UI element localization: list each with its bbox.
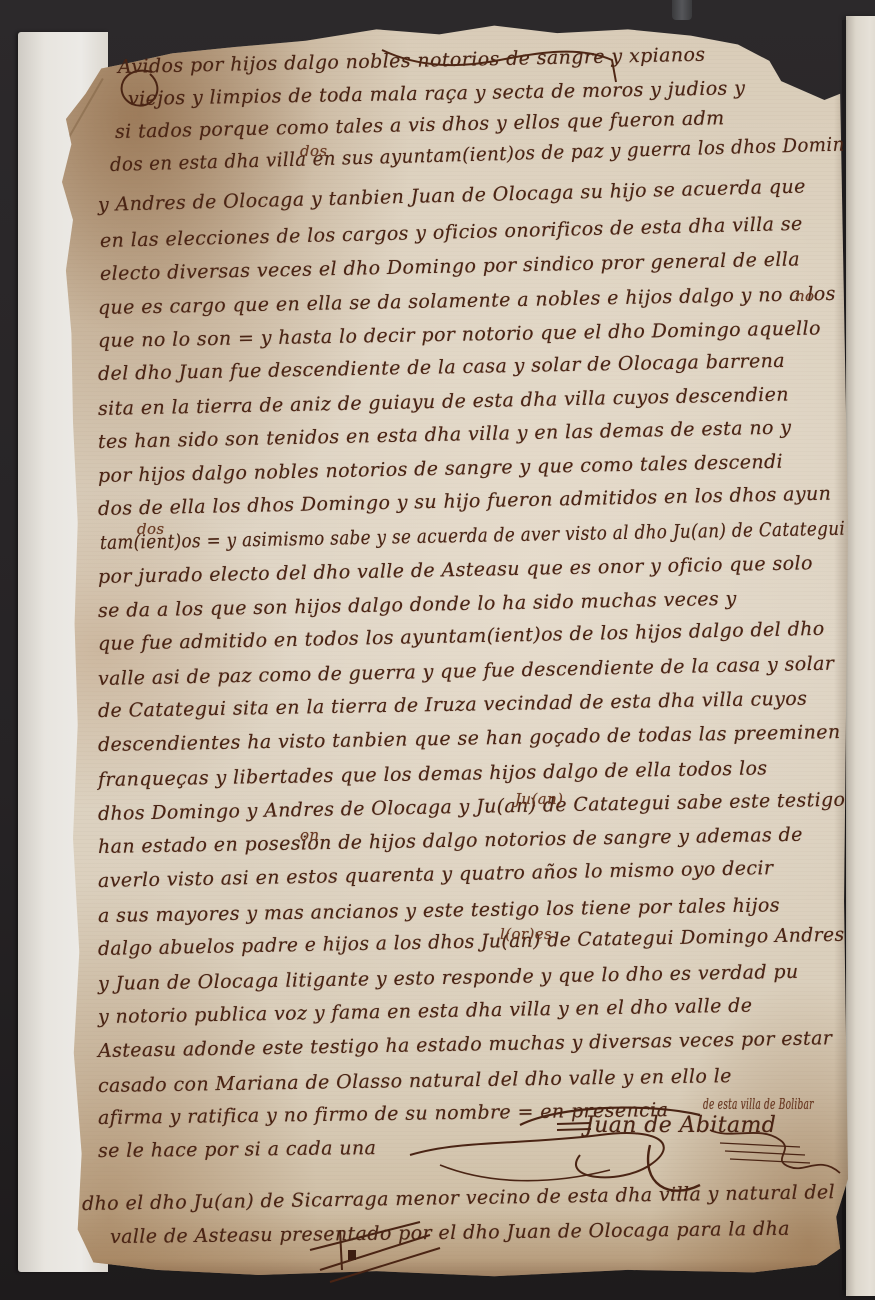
header-flourish-icon [380,38,620,78]
manuscript-line: sita en la tierra de aniz de guiayu de e… [98,384,789,420]
equals-mark-icon [555,1120,595,1136]
manuscript-line: Asteasu adonde este testigo ha estado mu… [98,1027,833,1062]
manuscript-line: que fue admitido en todos los ayuntam(ie… [98,618,825,655]
manuscript-line: viejos y limpios de toda mala raça y sec… [128,77,746,110]
manuscript-line: si tados porque como tales a vis dhos y … [115,107,725,143]
manuscript-annotation: dos [137,520,165,538]
manuscript-line: descendientes ha visto tanbien que se ha… [98,721,841,756]
initial-letter-flourish-icon [112,64,172,124]
manuscript-line: valle asi de paz como de guerra y que fu… [98,653,835,690]
manuscript-line: por hijos dalgo nobles notorios de sangr… [98,451,783,487]
manuscript-line: dalgo abuelos padre e hijos a los dhos J… [98,924,845,960]
signature-block: Juan de Abitamd [560,1085,850,1205]
manuscript-annotation: dos [300,142,328,160]
manuscript-line: han estado en posesion de hijos dalgo no… [98,824,803,858]
manuscript-line: que es cargo que en ella se da solamente… [98,283,836,319]
manuscript-line: dhos Domingo y Andres de Olocaga y Ju(an… [98,789,846,825]
manuscript-line: valle de Asteasu presentado por el dho J… [110,1218,790,1248]
manuscript-line: tam(ient)os = y asimismo sabe y se acuer… [100,518,845,554]
notary-mark-icon [300,1210,440,1290]
manuscript-line: por jurado electo del dho valle de Astea… [98,552,813,588]
signature-rubric-icon [400,1085,860,1215]
manuscript-line: en las elecciones de los cargos y oficio… [100,213,803,252]
manuscript-line: franqueças y libertades que los demas hi… [98,757,768,791]
manuscript-annotation: no [795,287,815,305]
manuscript-annotation: on [300,826,320,844]
manuscript-line: de Catategui sita en la tierra de Iruza … [98,688,808,722]
manuscript-line: se le hace por si a cada una [98,1137,377,1162]
manuscript-line: electo diversas veces el dho Domingo por… [100,248,800,285]
manuscript-line: del dho Juan fue descendiente de la casa… [98,350,785,385]
manuscript-line: tes han sido son tenidos en esta dha vil… [98,416,792,453]
manuscript-line: averlo visto asi en estos quarenta y qua… [98,857,774,892]
manuscript-line: que no lo son = y hasta lo decir por not… [98,317,821,352]
manuscript-line: y notorio publica voz y fama en esta dha… [98,995,753,1028]
manuscript-annotation: Ju(an) [515,790,563,808]
manuscript-line: dos de ella los dhos Domingo y su hijo f… [98,483,832,520]
manuscript-line: se da a los que son hijos dalgo donde lo… [98,588,737,622]
manuscript-line: a sus mayores y mas ancianos y este test… [98,894,780,927]
photo-scene: Avidos por hijos dalgo nobles notorios d… [0,0,875,1300]
manuscript-line: y Andres de Olocaga y tanbien Juan de Ol… [98,175,806,216]
manuscript-annotation: l(or)es [500,925,552,943]
manuscript-line: y Juan de Olocaga litigante y esto respo… [98,961,799,995]
